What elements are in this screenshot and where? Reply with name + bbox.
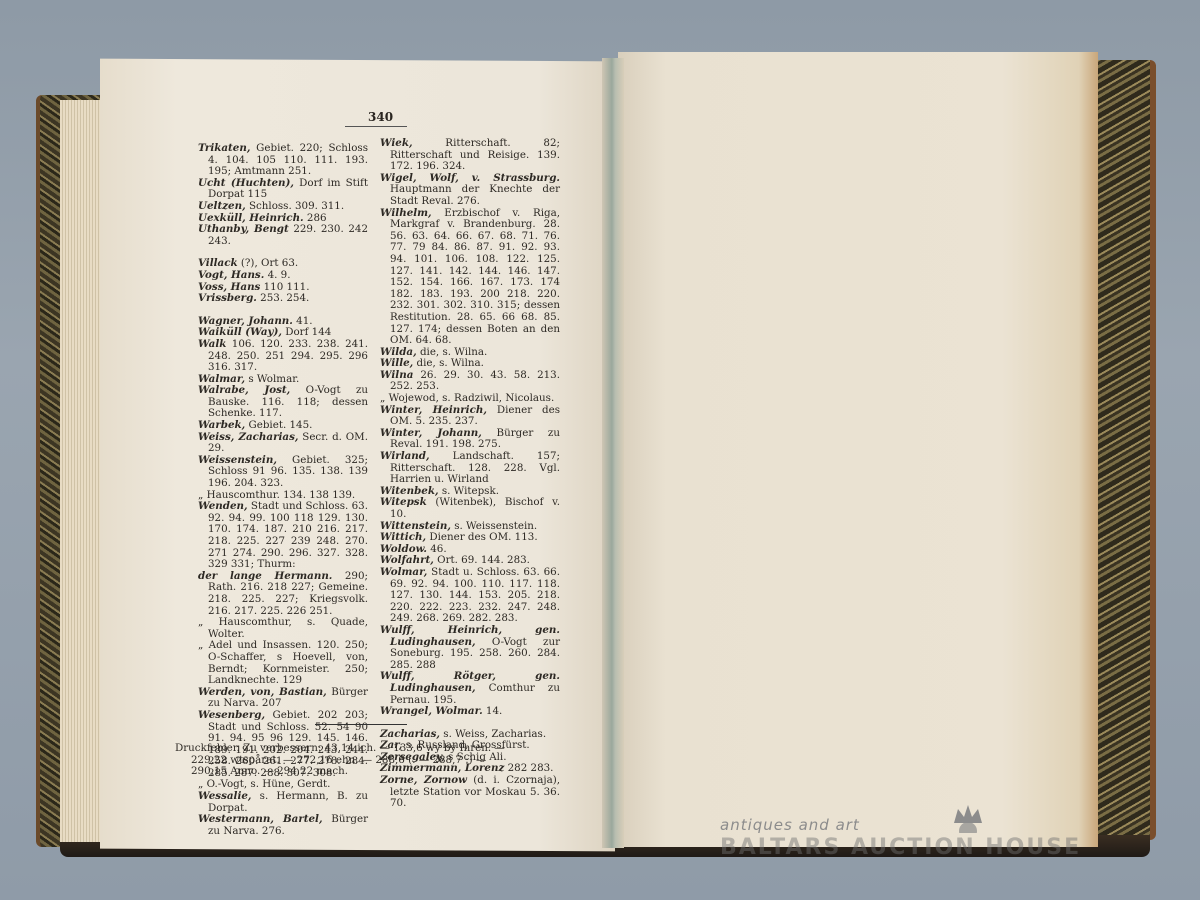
index-entry: „ Adel und Insassen. 120. 250; O-Schaffe…: [198, 640, 368, 686]
entry-headword: Waiküll (Way),: [198, 326, 282, 338]
entry-headword: Wittenstein,: [380, 520, 451, 532]
index-entry: Wessalie, s. Hermann, B. zu Dorpat.: [198, 791, 368, 814]
errata-line: 290,15 Anno. — 294,22 mach.: [175, 766, 555, 778]
entry-headword: Witenbek,: [380, 485, 439, 497]
entry-references: 41.: [293, 315, 313, 327]
entry-references: s. Weissenstein.: [451, 520, 537, 532]
entry-headword: Wolmar,: [380, 566, 427, 578]
entry-headword: Villack: [198, 257, 238, 269]
entry-headword: Winter, Johann,: [380, 427, 482, 439]
entry-references: Ort. 69. 144. 283.: [434, 554, 530, 566]
entry-headword: Uexküll, Heinrich.: [198, 212, 304, 224]
entry-headword: Vogt, Hans.: [198, 269, 264, 281]
index-entry: Witepsk (Witenbek), Bischof v. 10.: [380, 497, 560, 520]
entry-headword: Zacharias,: [380, 728, 440, 740]
entry-headword: Wessalie,: [198, 790, 252, 802]
index-entry: Wulff, Heinrich, gen. Ludinghausen, O-Vo…: [380, 625, 560, 671]
entry-headword: Westermann, Bartel,: [198, 813, 323, 825]
entry-headword: Wiek,: [380, 137, 413, 149]
index-entry: Ucht (Huchten), Dorf im Stift Dorpat 115: [198, 178, 368, 201]
entry-headword: Wesenberg,: [198, 709, 265, 721]
entry-headword: Werden, von, Bastian,: [198, 686, 327, 698]
index-entry: Winter, Johann, Bürger zu Reval. 191. 19…: [380, 428, 560, 451]
crown-icon: [952, 805, 984, 833]
index-entry: Weissenstein, Gebiet. 325; Schloss 91 96…: [198, 455, 368, 490]
index-entry: Westermann, Bartel, Bürger zu Narva. 276…: [198, 814, 368, 837]
index-entry: Zorne, Zornow (d. i. Czornaja), letzte S…: [380, 775, 560, 810]
entry-headword: Wigel, Wolf, v. Strassburg.: [380, 172, 560, 184]
errata-line: Druckfehler. Zu verbessern: 43,14 ich. —…: [175, 743, 555, 755]
entry-references: 286: [304, 212, 327, 224]
entry-headword: Ucht (Huchten),: [198, 177, 294, 189]
page-number: 340: [368, 110, 393, 124]
entry-references: s Wolmar.: [245, 373, 299, 385]
entry-headword: Wilhelm,: [380, 207, 432, 219]
index-entry: Wolmar, Stadt u. Schloss. 63. 66. 69. 92…: [380, 567, 560, 625]
header-rule: [345, 126, 407, 127]
entry-headword: Walrabe, Jost,: [198, 384, 290, 396]
entry-references: Schloss. 309. 311.: [246, 200, 344, 212]
errata-block: Druckfehler. Zu verbessern: 43,14 ich. —…: [175, 743, 555, 778]
entry-headword: Walmar,: [198, 373, 245, 385]
entry-references: Hauptmann der Knechte der Stadt Reval. 2…: [390, 183, 560, 207]
entry-headword: Weiss, Zacharias,: [198, 431, 298, 443]
section-divider: [315, 724, 407, 725]
index-entry: Weiss, Zacharias, Secr. d. OM. 29.: [198, 432, 368, 455]
entry-headword: Winter, Heinrich,: [380, 404, 487, 416]
index-entry: Wirland, Landschaft. 157; Ritterschaft. …: [380, 451, 560, 486]
entry-references: „ Wojewod, s. Radziwil, Nicolaus.: [380, 392, 554, 404]
book-gutter: [602, 58, 624, 848]
index-entry: Wulff, Rötger, gen. Ludinghausen, Comthu…: [380, 671, 560, 706]
index-entry: Walk 106. 120. 233. 238. 241. 248. 250. …: [198, 339, 368, 374]
entry-references: 26. 29. 30. 43. 58. 213. 252. 253.: [390, 369, 560, 393]
entry-references: „ Hauscomthur. 134. 138 139.: [198, 489, 355, 501]
entry-headword: Walk: [198, 338, 226, 350]
index-entry: Wiek, Ritterschaft. 82; Ritterschaft und…: [380, 138, 560, 173]
watermark: antiques and art BALTARS AUCTION HOUSE: [720, 815, 860, 834]
entry-references: Dorf 144: [282, 326, 331, 338]
entry-references: 110 111.: [260, 281, 309, 293]
entry-headword: Voss, Hans: [198, 281, 260, 293]
entry-references: Erzbischof v. Riga, Markgraf v. Brandenb…: [390, 207, 560, 347]
index-entry: Werden, von, Bastian, Bürger zu Narva. 2…: [198, 687, 368, 710]
entry-headword: Woldow.: [380, 543, 427, 555]
entry-headword: Wittich,: [380, 531, 426, 543]
index-entry: Wenden, Stadt und Schloss. 63. 92. 94. 9…: [198, 501, 368, 571]
entry-headword: Uthanby, Bengt: [198, 223, 289, 235]
index-entry: Winter, Heinrich, Diener des OM. 5. 235.…: [380, 405, 560, 428]
index-entry: Walrabe, Jost, O-Vogt zu Bauske. 116. 11…: [198, 385, 368, 420]
entry-headword: der lange Hermann.: [198, 570, 332, 582]
watermark-name: BALTARS AUCTION HOUSE: [720, 835, 1081, 860]
entry-references: „ O.-Vogt, s. Hüne, Gerdt.: [198, 778, 330, 790]
entry-headword: Wrangel, Wolmar.: [380, 705, 483, 717]
entry-headword: Weissenstein,: [198, 454, 277, 466]
entry-references: „ Adel und Insassen. 120. 250; O-Schaffe…: [198, 639, 368, 686]
entry-references: 46.: [427, 543, 447, 555]
watermark-tagline: antiques and art: [720, 816, 860, 834]
index-entry: Vrissberg. 253. 254.: [198, 293, 368, 305]
right-page-blank: [618, 52, 1098, 847]
entry-headword: Witepsk: [380, 496, 427, 508]
index-column-left: Trikaten, Gebiet. 220; Schloss 4. 104. 1…: [198, 143, 368, 837]
entry-references: „ Hauscomthur, s. Quade, Wolter.: [198, 616, 368, 640]
index-entry: Trikaten, Gebiet. 220; Schloss 4. 104. 1…: [198, 143, 368, 178]
entry-references: 253. 254.: [257, 292, 309, 304]
entry-references: s. Weiss, Zacharias.: [440, 728, 546, 740]
index-entry: Wigel, Wolf, v. Strassburg. Hauptmann de…: [380, 173, 560, 208]
index-entry: Uthanby, Bengt 229. 230. 242 243.: [198, 224, 368, 247]
entry-references: die, s. Wilna.: [417, 346, 488, 358]
entry-references: (?), Ort 63.: [238, 257, 299, 269]
entry-headword: Wagner, Johann.: [198, 315, 293, 327]
index-entry: Wilna 26. 29. 30. 43. 58. 213. 252. 253.: [380, 370, 560, 393]
index-entry: der lange Hermann. 290; Rath. 216. 218 2…: [198, 571, 368, 617]
entry-headword: Wilda,: [380, 346, 417, 358]
entry-references: s. Witepsk.: [439, 485, 499, 497]
entry-references: die, s. Wilna.: [413, 357, 484, 369]
entry-references: 106. 120. 233. 238. 241. 248. 250. 251 2…: [208, 338, 368, 373]
entry-headword: Trikaten,: [198, 142, 250, 154]
entry-headword: Wenden,: [198, 500, 248, 512]
index-column-right: Wiek, Ritterschaft. 82; Ritterschaft und…: [380, 138, 560, 810]
entry-headword: Wille,: [380, 357, 413, 369]
entry-references: Gebiet. 145.: [245, 419, 312, 431]
entry-headword: Wirland,: [380, 450, 430, 462]
index-entry: „ Hauscomthur, s. Quade, Wolter.: [198, 617, 368, 640]
entry-headword: Wolfahrt,: [380, 554, 434, 566]
index-entry: Wrangel, Wolmar. 14.: [380, 706, 560, 718]
entry-references: Diener des OM. 113.: [426, 531, 538, 543]
entry-references: 14.: [483, 705, 503, 717]
entry-references: 4. 9.: [264, 269, 290, 281]
entry-headword: Warbek,: [198, 419, 245, 431]
index-entry: Wilhelm, Erzbischof v. Riga, Markgraf v.…: [380, 208, 560, 347]
entry-headword: Wilna: [380, 369, 413, 381]
entry-references: Ritterschaft. 82; Ritterschaft und Reisi…: [390, 137, 560, 172]
entry-headword: Vrissberg.: [198, 292, 257, 304]
entry-headword: Ueltzen,: [198, 200, 246, 212]
